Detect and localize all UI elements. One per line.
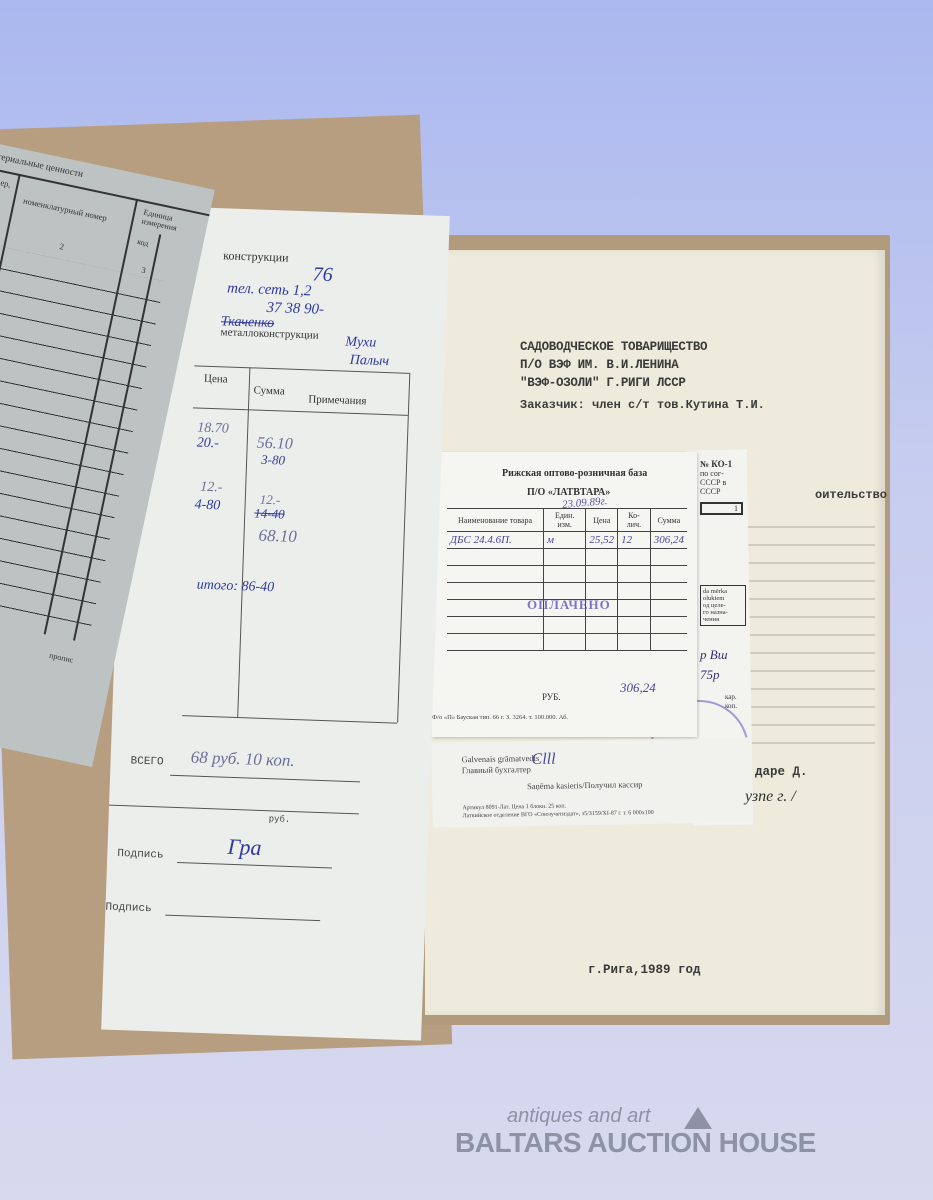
column-header: Ко-лич. <box>618 509 651 532</box>
table-header-row: Наименование товара Един. изм. Цена Ко-л… <box>447 509 687 532</box>
column-header: Цена <box>586 509 618 532</box>
divider <box>182 715 397 724</box>
table-row <box>447 566 687 583</box>
total-line <box>170 775 360 783</box>
purpose-label: од целе- <box>703 602 743 609</box>
col-nomen: номенклатурный номер <box>22 195 108 223</box>
purpose-label: da mērka <box>703 588 743 595</box>
handwritten-note: Палыч <box>349 353 389 370</box>
col-name: ование, ер, марка <box>0 171 12 199</box>
purpose-label: го назна- <box>703 609 743 616</box>
signature-line <box>177 862 332 868</box>
article-block: Артикул 8091-Лат. Цена 1 блокн. 25 коп. … <box>462 801 653 820</box>
form-code-block: № КО-1 по сог- СССР в СССР 1 <box>700 460 743 515</box>
column-divider <box>397 373 410 723</box>
cashier-label: Saņēma kasieris/Получил кассир <box>527 779 643 791</box>
sum-value: 3-80 <box>261 452 285 469</box>
col-num: 2 <box>59 241 65 252</box>
bottom-label: пропис <box>48 651 74 665</box>
col-num: 3 <box>141 265 147 276</box>
table-row: ДБС 24.4.6П. м 25,52 12 306,24 <box>447 532 687 549</box>
receipt-total: 306,24 <box>620 680 656 696</box>
signature-line <box>165 915 320 921</box>
col-code: код <box>136 237 149 248</box>
cell-price: 25,52 <box>586 532 618 549</box>
header-line: "ВЭФ-ОЗОЛИ" Г.РИГИ ЛССР <box>520 374 707 392</box>
price-value: 12.- <box>200 480 223 497</box>
form-box: 1 <box>700 502 743 515</box>
form-note: по сог- <box>700 469 743 478</box>
accountant-ru: Главный бухгалтер <box>462 764 540 776</box>
purpose-box: da mērka olukiem од целе- го назна- чени… <box>700 585 746 626</box>
handwriting-line: р Вш <box>700 645 728 665</box>
watermark-subtitle: antiques and art <box>507 1105 650 1128</box>
form-note: СССР <box>700 487 743 496</box>
cell-sum: 306,24 <box>650 532 687 549</box>
form-note: СССР в <box>700 478 743 487</box>
printed-subheader: металлоконструкции <box>220 326 318 341</box>
customer-line: Заказчик: член с/т тов.Кутина Т.И. <box>520 398 765 412</box>
receipt-title: Рижская оптово-розничная база <box>502 468 647 479</box>
header-line: САДОВОДЧЕСКОЕ ТОВАРИЩЕСТВО <box>520 338 707 356</box>
column-header: Един. изм. <box>544 509 586 532</box>
form-code: № КО-1 <box>700 460 743 469</box>
handwritten-signature-right: узпе г. / <box>745 788 796 806</box>
column-header-sum: Сумма <box>253 384 285 397</box>
table-row <box>447 634 687 651</box>
column-header-notes: Примечания <box>308 393 367 407</box>
handwriting-line: 75р <box>700 665 728 685</box>
kap-label: кар. <box>725 693 737 702</box>
price-value: 20.- <box>196 435 219 452</box>
handwritten-number: 76 <box>312 263 333 287</box>
column-header: Наименование товара <box>447 509 544 532</box>
sum-value: 14-40 <box>254 506 285 523</box>
sum-value: 68.10 <box>258 526 297 547</box>
document-header: САДОВОДЧЕСКОЕ ТОВАРИЩЕСТВО П/О ВЭФ ИМ. В… <box>520 338 707 392</box>
crown-icon <box>684 1107 712 1129</box>
table-row <box>447 549 687 566</box>
printer-line: Ф/о «П» Бауская тип. 66 г. З. 3264. т. 1… <box>432 714 568 721</box>
purpose-label: чения <box>703 616 743 623</box>
price-value: 4-80 <box>194 497 220 514</box>
currency-label: РУБ. <box>542 692 561 702</box>
subtotal: итого: 86-40 <box>196 578 274 597</box>
table-row <box>447 617 687 634</box>
paid-stamp: ОПЛАЧЕНО <box>527 597 611 613</box>
purpose-label: olukiem <box>703 595 743 602</box>
handwritten-note: тел. сеть 1,2 <box>227 280 312 300</box>
document-footer: г.Рига,1989 год <box>588 963 701 977</box>
signature-handwritten: Гра <box>227 834 262 861</box>
signature-label: Подпись <box>105 902 152 916</box>
cell-qty: 12 <box>618 532 651 549</box>
column-header: Сумма <box>650 509 687 532</box>
watermark-title: BALTARS AUCTION HOUSE <box>455 1127 816 1159</box>
cell-unit: м <box>544 532 586 549</box>
signature-label: Подпись <box>117 848 164 862</box>
accountant-block: Galvenais grāmatvedis Главный бухгалтер <box>461 753 539 776</box>
printed-header: конструкции <box>223 248 289 265</box>
divider <box>193 407 408 416</box>
column-divider <box>237 367 250 717</box>
header-line: П/О ВЭФ ИМ. В.И.ЛЕНИНА <box>520 356 707 374</box>
total-handwritten: 68 руб. 10 коп. <box>190 747 295 771</box>
accountant-signature: Clll <box>531 751 555 769</box>
typed-signature: даре Д. <box>755 765 808 779</box>
column-header-price: Цена <box>204 373 228 386</box>
receipt-signature-strip: Galvenais grāmatvedis Главный бухгалтер … <box>431 737 752 828</box>
handwritten-note: 37 38 90- <box>266 300 324 319</box>
divider <box>109 805 359 815</box>
receipt: Рижская оптово-розничная база П/О «ЛАТВТ… <box>432 452 697 737</box>
total-label: ВСЕГО <box>130 755 163 768</box>
receipt-table: Наименование товара Един. изм. Цена Ко-л… <box>447 508 687 651</box>
side-handwriting: р Вш 75р <box>700 645 728 685</box>
handwritten-note: Мухи <box>345 335 376 352</box>
cell-name: ДБС 24.4.6П. <box>447 532 544 549</box>
rub-label: руб. <box>268 814 290 825</box>
partial-word: оительство <box>815 488 887 502</box>
